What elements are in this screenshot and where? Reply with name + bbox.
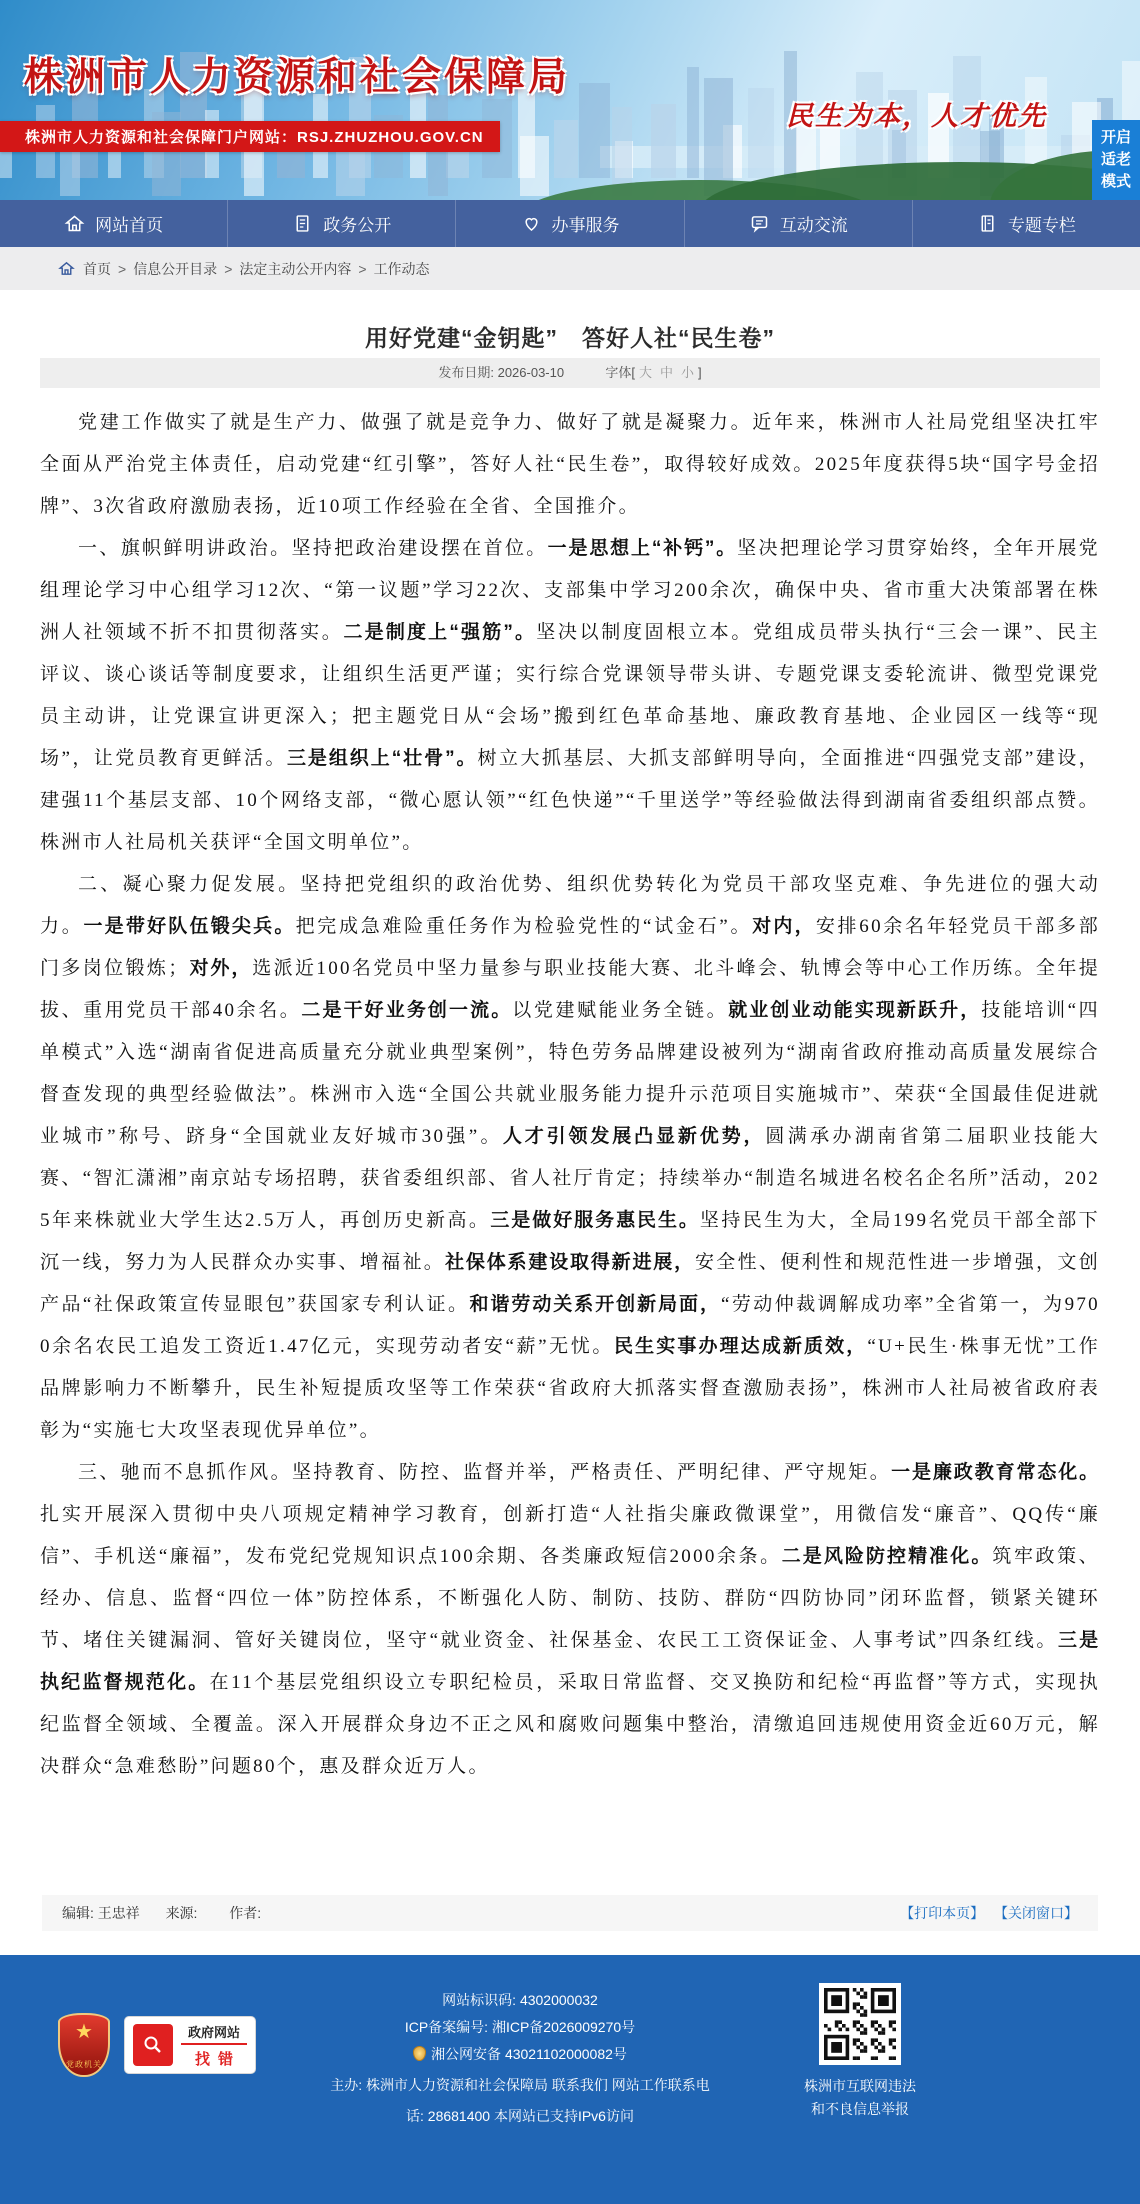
- book-icon: [977, 213, 998, 234]
- meta-bar: 编辑: 王忠祥 来源: 作者: 【打印本页】 【关闭窗口】: [42, 1895, 1098, 1931]
- article-bold-segment: 人才引领发展凸显新优势，: [503, 1126, 766, 1147]
- nav-item-label: 政务公开: [323, 211, 391, 236]
- header-banner: 株洲市人力资源和社会保障局 株洲市人力资源和社会保障门户网站：RSJ.ZHUZH…: [0, 0, 1140, 200]
- article-date-bar: 发布日期: 2026-03-10 字体[大中小]: [40, 358, 1100, 388]
- elder-mode-line: 开启: [1096, 127, 1136, 149]
- gov-site-error-report-badge[interactable]: 政府网站 找错: [124, 2016, 256, 2074]
- breadcrumb-item-4: 工作动态: [374, 261, 430, 277]
- article-text-segment: 坚决以制度固根立本。党组成员带头执行“三会一课”、民主评议、谈心谈话等制度要求，…: [40, 622, 1100, 769]
- article-bold-segment: 二是风险防控精准化。: [782, 1546, 993, 1567]
- article-bold-segment: 二是制度上“强筋”。: [343, 622, 536, 643]
- footer: ★ 党政机关 政府网站 找错 网站标识码: 4302000032 ICP备案编号…: [0, 1955, 1140, 2204]
- nav-item-label: 互动交流: [780, 211, 848, 236]
- breadcrumb-separator: >: [118, 261, 126, 277]
- page: 株洲市人力资源和社会保障局 株洲市人力资源和社会保障门户网站：RSJ.ZHUZH…: [0, 0, 1140, 2204]
- article-bold-segment: 就业创业动能实现新跃升，: [728, 1000, 981, 1021]
- badge-find-line2: 找错: [181, 2048, 247, 2069]
- qr-caption-line2: 和不良信息举报: [790, 2098, 930, 2121]
- article-title: 用好党建“金钥匙” 答好人社“民生卷”: [0, 320, 1140, 353]
- article-bold-segment: 一是思想上“补钙”。: [548, 538, 737, 559]
- article-bold-segment: 对内，: [752, 916, 816, 937]
- home-icon: [58, 260, 75, 277]
- article-bold-segment: 民生实事办理达成新质效，: [614, 1336, 867, 1357]
- article-bold-segment: 社保体系建设取得新进展，: [445, 1252, 695, 1273]
- site-title: 株洲市人力资源和社会保障局: [24, 46, 570, 102]
- breadcrumb-item-2[interactable]: 信息公开目录: [133, 261, 217, 277]
- font-size-label-suffix: ]: [698, 365, 702, 380]
- host-line-1: 主办: 株洲市人力资源和社会保障局 联系我们 网站工作联系电: [240, 2072, 800, 2099]
- article-bold-segment: 三是做好服务惠民生。: [490, 1210, 700, 1231]
- publish-date: 2026-03-10: [498, 365, 565, 380]
- gov-site-error-report-text: 政府网站 找错: [181, 2022, 247, 2069]
- article-paragraph: 三、驰而不息抓作风。坚持教育、防控、监督并举，严格责任、严明纪律、严守规矩。一是…: [40, 1452, 1100, 1788]
- site-id-line: 网站标识码: 4302000032: [240, 1987, 800, 2014]
- article-paragraph: 党建工作做实了就是生产力、做强了就是竞争力、做好了就是凝聚力。近年来，株洲市人社…: [40, 402, 1100, 528]
- police-record-text: 湘公网安备 43021102000082号: [431, 2046, 627, 2062]
- article-bold-segment: 一是廉政教育常态化。: [891, 1462, 1100, 1483]
- elder-mode-line: 适老: [1096, 149, 1136, 171]
- author-label: 作者:: [229, 1905, 261, 1921]
- article-text-segment: 三、驰而不息抓作风。坚持教育、防控、监督并举，严格责任、严明纪律、严守规矩。: [78, 1462, 891, 1483]
- source-label: 来源:: [166, 1905, 198, 1921]
- main-nav: 网站首页政务公开办事服务互动交流专题专栏: [0, 200, 1140, 247]
- nav-item-2[interactable]: 政务公开: [227, 200, 455, 247]
- font-size-1[interactable]: 大: [639, 365, 652, 380]
- font-size-3[interactable]: 小: [681, 365, 694, 380]
- elder-mode-line: 模式: [1096, 171, 1136, 193]
- site-slogan: 民生为本，人才优先: [786, 94, 1047, 133]
- icp-line: ICP备案编号: 湘ICP备2026009270号: [240, 2014, 800, 2041]
- breadcrumb-item-3[interactable]: 法定主动公开内容: [239, 261, 351, 277]
- article-text-segment: 一、旗帜鲜明讲政治。坚持把政治建设摆在首位。: [78, 538, 548, 559]
- publish-date-label: 发布日期:: [438, 365, 494, 380]
- article-paragraph: 二、凝心聚力促发展。坚持把党组织的政治优势、组织优势转化为党员干部攻坚克难、争先…: [40, 864, 1100, 1452]
- qr-code: [819, 1983, 901, 2065]
- star-icon: ★: [60, 2015, 108, 2049]
- site-subtitle: 株洲市人力资源和社会保障门户网站：RSJ.ZHUZHOU.GOV.CN: [0, 121, 500, 152]
- badge-find-line1: 政府网站: [181, 2022, 247, 2045]
- close-window-link[interactable]: 【关闭窗口】: [994, 1905, 1078, 1921]
- qr-caption-line1: 株洲市互联网违法: [790, 2075, 930, 2098]
- article-meta: 编辑: 王忠祥 来源: 作者:: [62, 1903, 261, 1923]
- document-icon: [292, 213, 313, 234]
- elder-mode-button[interactable]: 开启 适老 模式: [1092, 120, 1140, 200]
- footer-badges: ★ 党政机关 政府网站 找错: [58, 2013, 256, 2077]
- article-paragraph: 一、旗帜鲜明讲政治。坚持把政治建设摆在首位。一是思想上“补钙”。坚决把理论学习贯…: [40, 528, 1100, 864]
- nav-item-3[interactable]: 办事服务: [455, 200, 683, 247]
- editor-name: 王忠祥: [98, 1905, 140, 1921]
- meta-actions: 【打印本页】 【关闭窗口】: [894, 1903, 1078, 1923]
- article-bold-segment: 一是带好队伍锻尖兵。: [83, 916, 295, 937]
- home-icon: [64, 213, 85, 234]
- nav-item-label: 专题专栏: [1008, 211, 1076, 236]
- article-bold-segment: 二是干好业务创一流。: [301, 1000, 512, 1021]
- article-bold-segment: 和谐劳动关系开创新局面，: [469, 1294, 720, 1315]
- nav-item-1[interactable]: 网站首页: [0, 200, 227, 247]
- article-text-segment: 把完成急难险重任务作为检验党性的“试金石”。: [296, 916, 753, 937]
- chat-icon: [749, 213, 770, 234]
- police-record-line[interactable]: 湘公网安备 43021102000082号: [240, 2041, 800, 2068]
- article-text-segment: 以党建赋能业务全链。: [512, 1000, 728, 1021]
- font-size-2[interactable]: 中: [660, 365, 673, 380]
- police-badge-icon: [413, 2046, 426, 2061]
- party-gov-emblem: ★ 党政机关: [58, 2013, 110, 2077]
- breadcrumb-item-1[interactable]: 首页: [83, 261, 111, 277]
- article-bold-segment: 三是组织上“壮骨”。: [287, 748, 478, 769]
- nav-item-4[interactable]: 互动交流: [684, 200, 912, 247]
- qr-caption: 株洲市互联网违法 和不良信息举报: [790, 2075, 930, 2121]
- article-text-segment: 技能培训“四单模式”入选“湖南省促进高质量充分就业典型案例”，特色劳务品牌建设被…: [40, 1000, 1100, 1147]
- breadcrumb-separator: >: [358, 261, 366, 277]
- breadcrumb: 首页>信息公开目录>法定主动公开内容>工作动态: [0, 247, 1140, 290]
- host-line-2: 话: 28681400 本网站已支持IPv6访问: [240, 2103, 800, 2130]
- footer-info: 网站标识码: 4302000032 ICP备案编号: 湘ICP备20260092…: [240, 1987, 800, 2130]
- article-text-segment: 党建工作做实了就是生产力、做强了就是竞争力、做好了就是凝聚力。近年来，株洲市人社…: [40, 412, 1100, 517]
- breadcrumb-items: 首页>信息公开目录>法定主动公开内容>工作动态: [83, 259, 430, 279]
- font-size-label: 字体[: [605, 365, 635, 380]
- print-page-link[interactable]: 【打印本页】: [900, 1905, 984, 1921]
- article-bold-segment: 对外，: [190, 958, 253, 979]
- magnifier-icon: [133, 2024, 173, 2066]
- article-body: 党建工作做实了就是生产力、做强了就是竞争力、做好了就是凝聚力。近年来，株洲市人社…: [40, 402, 1100, 1788]
- party-gov-emblem-label: 党政机关: [60, 2059, 108, 2070]
- nav-item-label: 办事服务: [552, 211, 620, 236]
- font-size-links: 大中小: [635, 365, 698, 380]
- editor-label: 编辑:: [62, 1905, 94, 1921]
- report-qr-block: 株洲市互联网违法 和不良信息举报: [790, 1983, 930, 2121]
- breadcrumb-separator: >: [224, 261, 232, 277]
- nav-item-5[interactable]: 专题专栏: [912, 200, 1140, 247]
- nav-item-label: 网站首页: [95, 211, 163, 236]
- heart-icon: [521, 213, 542, 234]
